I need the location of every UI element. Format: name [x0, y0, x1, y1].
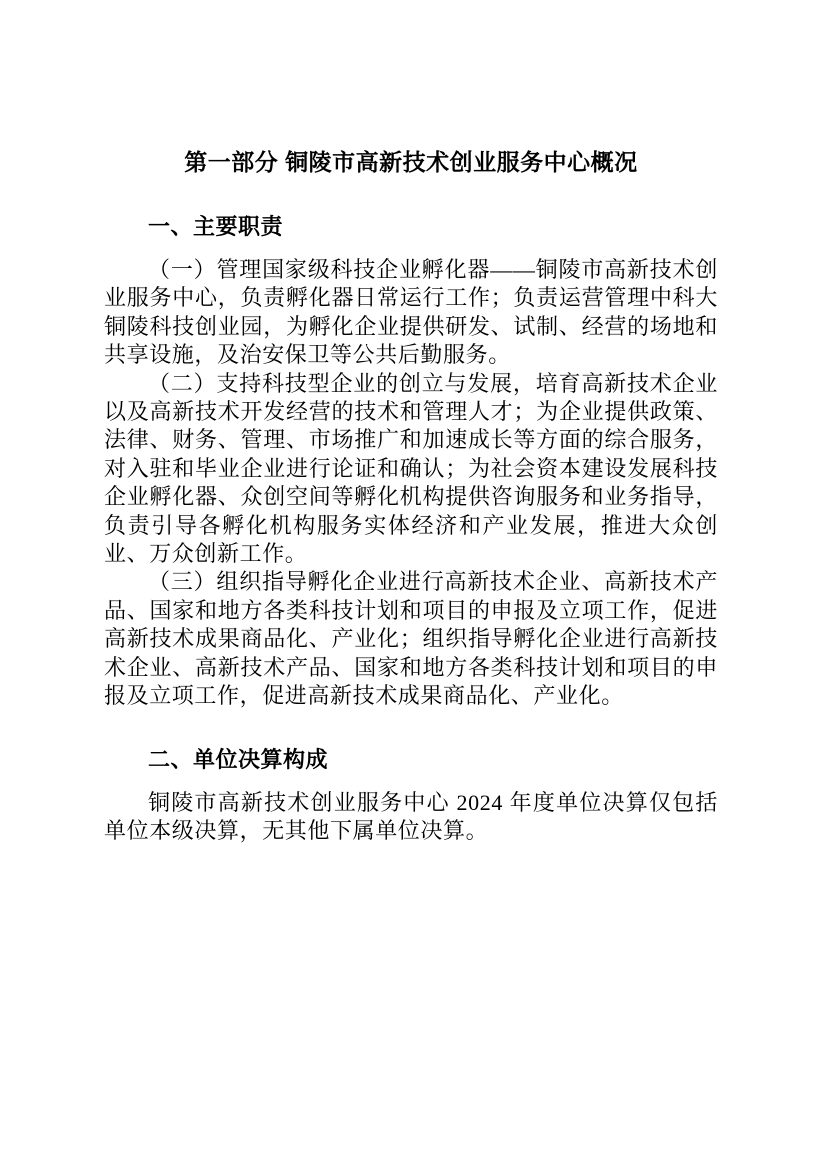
document-title: 第一部分 铜陵市高新技术创业服务中心概况 — [104, 146, 718, 178]
section-budget-composition: 二、单位决算构成 铜陵市高新技术创业服务中心 2024 年度单位决算仅包括单位本… — [104, 745, 718, 846]
section-1-heading: 一、主要职责 — [104, 212, 718, 242]
section-1-paragraph-2: （二）支持科技型企业的创立与发展，培育高新技术企业以及高新技术开发经营的技术和管… — [104, 370, 718, 569]
section-2-heading: 二、单位决算构成 — [104, 745, 718, 775]
section-1-paragraph-3: （三）组织指导孵化企业进行高新技术企业、高新技术产品、国家和地方各类科技计划和项… — [104, 568, 718, 710]
document-content: 第一部分 铜陵市高新技术创业服务中心概况 一、主要职责 （一）管理国家级科技企业… — [104, 0, 718, 845]
section-1-paragraph-1: （一）管理国家级科技企业孵化器——铜陵市高新技术创业服务中心，负责孵化器日常运行… — [104, 256, 718, 370]
section-main-duties: 一、主要职责 （一）管理国家级科技企业孵化器——铜陵市高新技术创业服务中心，负责… — [104, 212, 718, 711]
document-page: 第一部分 铜陵市高新技术创业服务中心概况 一、主要职责 （一）管理国家级科技企业… — [0, 0, 826, 1169]
section-2-paragraph-1: 铜陵市高新技术创业服务中心 2024 年度单位决算仅包括单位本级决算，无其他下属… — [104, 789, 718, 846]
